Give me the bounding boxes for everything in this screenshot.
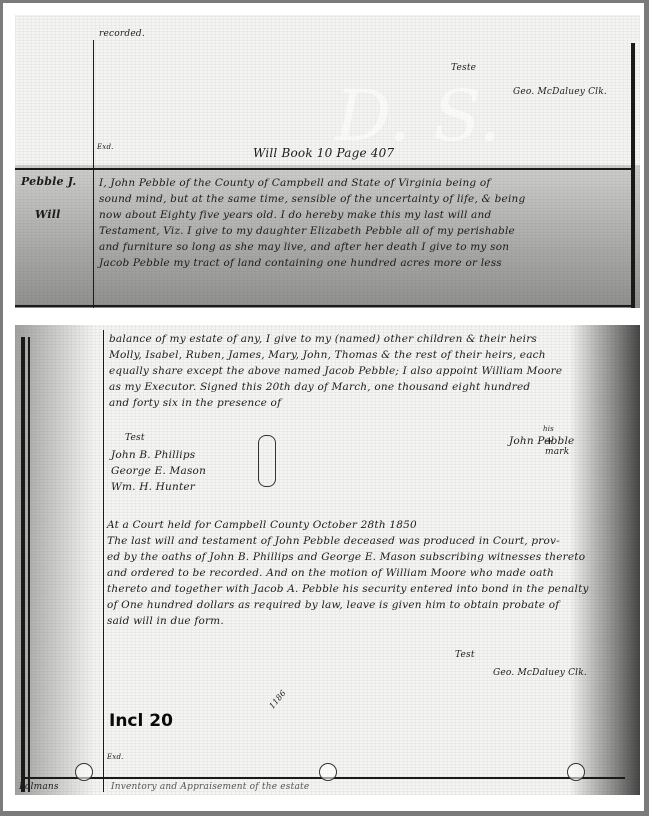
will-body: I, John Pebble of the County of Campbell…: [99, 175, 525, 271]
margin-mark: Exd.: [97, 143, 114, 151]
left-shadow: [15, 325, 95, 795]
will-line: now about Eighty five years old. I do he…: [99, 207, 525, 223]
will-line: as my Executor. Signed this 20th day of …: [109, 379, 562, 395]
document-frame: recorded. Teste Geo. McDaluey Clk. Exd. …: [3, 3, 644, 811]
court-line: said will in due form.: [107, 613, 589, 629]
will-continuation: balance of my estate of any, I give to m…: [109, 331, 562, 411]
punch-hole-icon: [567, 763, 585, 781]
margin-rule: [103, 330, 104, 792]
will-line: equally share except the above named Jac…: [109, 363, 562, 379]
teste-label: Teste: [451, 63, 476, 73]
court-line: thereto and together with Jacob A. Pebbl…: [107, 581, 589, 597]
heading-underline: [15, 168, 635, 170]
witness-name: George E. Mason: [111, 463, 206, 479]
seal-scroll-icon: [258, 435, 276, 487]
watermark: D. S.: [335, 75, 501, 157]
handwritten-note: Incl 20: [109, 711, 173, 731]
court-line: At a Court held for Campbell County Octo…: [107, 517, 589, 533]
margin-name-pebble: Pebble J.: [21, 175, 76, 188]
mark-label: mark: [545, 447, 569, 457]
his-label: his: [543, 425, 554, 433]
court-line: The last will and testament of John Pebb…: [107, 533, 589, 549]
will-line: Jacob Pebble my tract of land containing…: [99, 255, 525, 271]
court-line: of One hundred dollars as required by la…: [107, 597, 589, 613]
punch-hole-icon: [75, 763, 93, 781]
will-line: and furniture so long as she may live, a…: [99, 239, 525, 255]
court-line: and ordered to be recorded. And on the m…: [107, 565, 589, 581]
bottom-page-scan: balance of my estate of any, I give to m…: [15, 325, 640, 795]
will-line: sound mind, but at the same time, sensib…: [99, 191, 525, 207]
top-line-fragment: recorded.: [99, 29, 145, 39]
top-page-scan: recorded. Teste Geo. McDaluey Clk. Exd. …: [15, 15, 640, 308]
witness-list: John B. Phillips George E. Mason Wm. H. …: [111, 447, 206, 495]
bottom-rule: [15, 305, 635, 307]
stamp-fragment: 1186: [267, 688, 288, 710]
court-line: ed by the oaths of John B. Phillips and …: [107, 549, 589, 565]
right-edge-rule: [631, 43, 635, 308]
punch-hole-icon: [319, 763, 337, 781]
bottom-line-fragment: Inventory and Appraisement of the estate: [111, 782, 309, 792]
margin-name-will: Will: [35, 208, 61, 221]
bottom-margin-fragment: Polmans: [19, 782, 59, 792]
margin-mark: Exd.: [107, 753, 124, 761]
will-line: I, John Pebble of the County of Campbell…: [99, 175, 525, 191]
clerk-signature: Geo. McDaluey Clk.: [513, 87, 607, 97]
witness-name: John B. Phillips: [111, 447, 206, 463]
binding-rule-thick: [21, 337, 25, 792]
witness-name: Wm. H. Hunter: [111, 479, 206, 495]
court-probate: At a Court held for Campbell County Octo…: [107, 517, 589, 629]
binding-rule-thin: [28, 337, 30, 792]
will-line: balance of my estate of any, I give to m…: [109, 331, 562, 347]
margin-rule: [93, 40, 94, 308]
will-line: and forty six in the presence of: [109, 395, 562, 411]
witness-label: Test: [125, 433, 145, 443]
teste-label: Test: [455, 650, 475, 660]
will-line: Testament, Viz. I give to my daughter El…: [99, 223, 525, 239]
will-line: Molly, Isabel, Ruben, James, Mary, John,…: [109, 347, 562, 363]
clerk-signature: Geo. McDaluey Clk.: [493, 668, 587, 678]
